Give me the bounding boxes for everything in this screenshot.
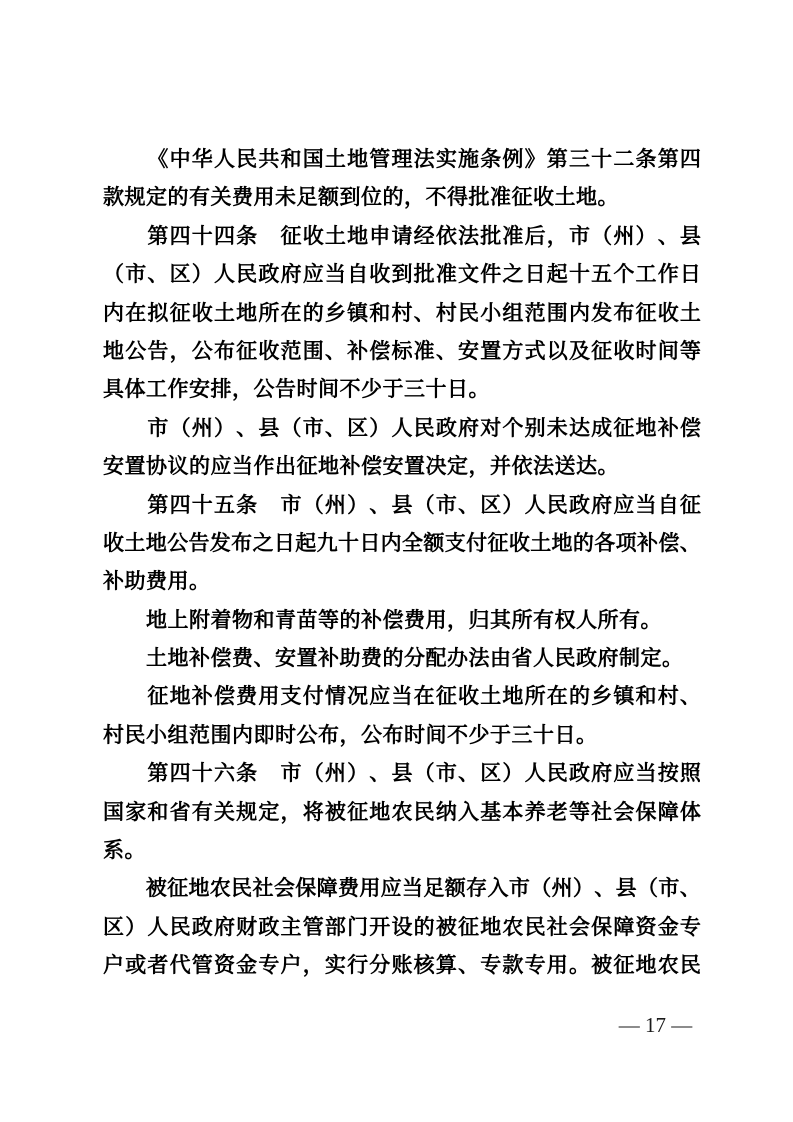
text-line: 户或者代管资金专户，实行分账核算、专款专用。被征地农民 bbox=[103, 947, 701, 985]
text-line: 《中华人民共和国土地管理法实施条例》第三十二条第四 bbox=[103, 141, 701, 179]
text-line: 地上附着物和青苗等的补偿费用，归其所有权人所有。 bbox=[103, 602, 701, 640]
text-line: 区）人民政府财政主管部门开设的被征地农民社会保障资金专 bbox=[103, 909, 701, 947]
page-footer: — 17 — bbox=[593, 1010, 718, 1040]
text-line: 被征地农民社会保障费用应当足额存入市（州）、县（市、 bbox=[103, 870, 701, 908]
text-line: 第四十五条 市（州）、县（市、区）人民政府应当自征 bbox=[103, 487, 701, 525]
text-line: 土地补偿费、安置补助费的分配办法由省人民政府制定。 bbox=[103, 640, 701, 678]
text-line: 第四十六条 市（州）、县（市、区）人民政府应当按照 bbox=[103, 755, 701, 793]
text-line: （市、区）人民政府应当自收到批准文件之日起十五个工作日 bbox=[103, 256, 701, 294]
text-line: 第四十四条 征收土地申请经依法批准后，市（州）、县 bbox=[103, 218, 701, 256]
text-line: 内在拟征收土地所在的乡镇和村、村民小组范围内发布征收土 bbox=[103, 295, 701, 333]
text-line: 市（州）、县（市、区）人民政府对个别未达成征地补偿 bbox=[103, 410, 701, 448]
text-line: 国家和省有关规定，将被征地农民纳入基本养老等社会保障体 bbox=[103, 794, 701, 832]
text-line: 征地补偿费用支付情况应当在征收土地所在的乡镇和村、 bbox=[103, 678, 701, 716]
text-line: 安置协议的应当作出征地补偿安置决定，并依法送达。 bbox=[103, 448, 701, 486]
text-line: 地公告，公布征收范围、补偿标准、安置方式以及征收时间等 bbox=[103, 333, 701, 371]
page-number: — 17 — bbox=[619, 1013, 693, 1037]
text-line: 具体工作安排，公告时间不少于三十日。 bbox=[103, 371, 701, 409]
document-page: 《中华人民共和国土地管理法实施条例》第三十二条第四款规定的有关费用未足额到位的，… bbox=[0, 0, 793, 1122]
text-line: 村民小组范围内即时公布，公布时间不少于三十日。 bbox=[103, 717, 701, 755]
body-text: 《中华人民共和国土地管理法实施条例》第三十二条第四款规定的有关费用未足额到位的，… bbox=[103, 141, 701, 986]
text-line: 收土地公告发布之日起九十日内全额支付征收土地的各项补偿、 bbox=[103, 525, 701, 563]
text-line: 补助费用。 bbox=[103, 563, 701, 601]
text-line: 款规定的有关费用未足额到位的，不得批准征收土地。 bbox=[103, 179, 701, 217]
text-line: 系。 bbox=[103, 832, 701, 870]
